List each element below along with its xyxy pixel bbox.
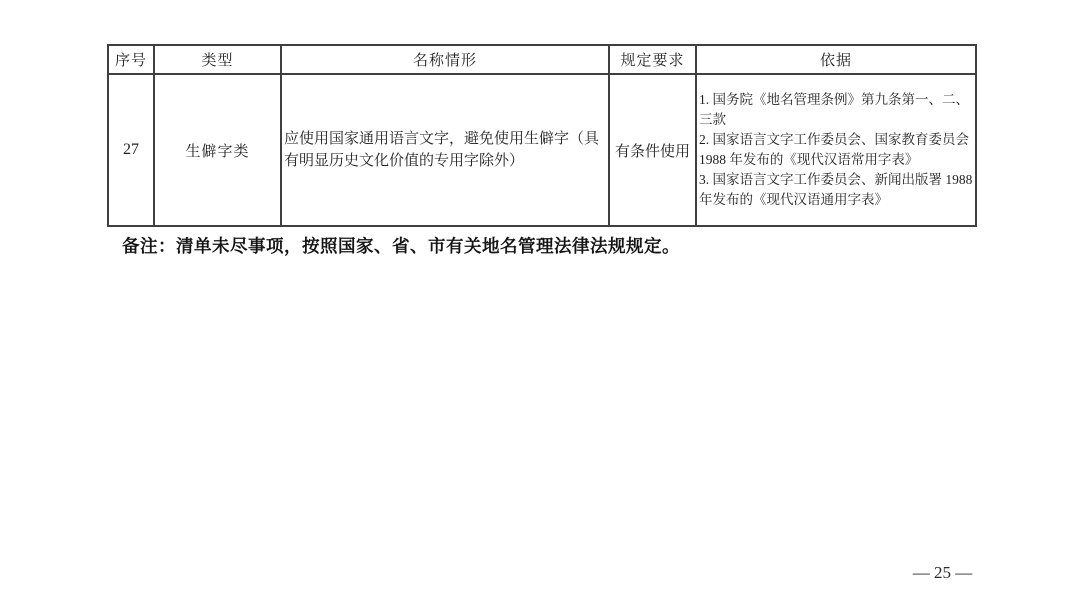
column-header-basis: 依据 — [696, 45, 976, 74]
cell-row-number: 27 — [108, 74, 154, 226]
place-names-rules-table: 序号 类型 名称情形 规定要求 依据 27 生僻字类 应使用国家通用语言文字，避… — [107, 44, 977, 227]
cell-situation: 应使用国家通用语言文字，避免使用生僻字（具有明显历史文化价值的专用字除外） — [281, 74, 609, 226]
document-page: 序号 类型 名称情形 规定要求 依据 27 生僻字类 应使用国家通用语言文字，避… — [0, 0, 1080, 608]
note-line: 备注：清单未尽事项，按照国家、省、市有关地名管理法律法规规定。 — [122, 233, 680, 258]
cell-requirement: 有条件使用 — [609, 74, 696, 226]
column-header-number: 序号 — [108, 45, 154, 74]
column-header-type: 类型 — [154, 45, 281, 74]
basis-item-2: 2. 国家语言文字工作委员会、国家教育委员会 1988 年发布的《现代汉语常用字… — [699, 130, 973, 170]
page-number: — 25 — — [905, 563, 980, 583]
basis-item-3: 3. 国家语言文字工作委员会、新闻出版署 1988 年发布的《现代汉语通用字表》 — [699, 170, 973, 210]
cell-basis: 1. 国务院《地名管理条例》第九条第一、二、三款 2. 国家语言文字工作委员会、… — [696, 74, 976, 226]
cell-type: 生僻字类 — [154, 74, 281, 226]
basis-item-1: 1. 国务院《地名管理条例》第九条第一、二、三款 — [699, 90, 973, 130]
table-header-row: 序号 类型 名称情形 规定要求 依据 — [108, 45, 976, 74]
column-header-situation: 名称情形 — [281, 45, 609, 74]
column-header-requirement: 规定要求 — [609, 45, 696, 74]
table-row: 27 生僻字类 应使用国家通用语言文字，避免使用生僻字（具有明显历史文化价值的专… — [108, 74, 976, 226]
